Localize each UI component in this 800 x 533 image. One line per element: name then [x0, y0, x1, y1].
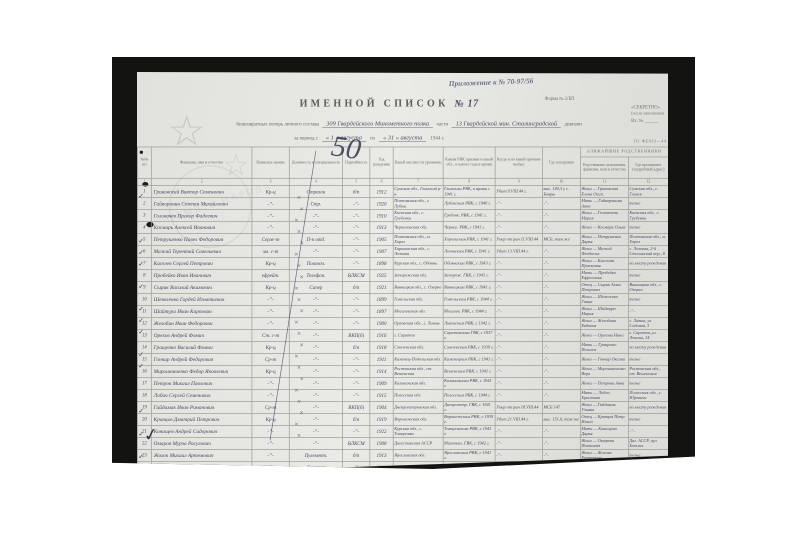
table-cell: тоже [628, 294, 668, 306]
table-cell: выс. 151,0, там же [542, 413, 580, 425]
table-cell: г. Саратов [393, 330, 443, 342]
table-cell: 22 [137, 437, 151, 449]
table-cell: -”- [495, 198, 542, 210]
table-cell: Мать — Лобач Христина [580, 389, 628, 401]
table-cell: Харьковская обл., с. Лозовая [393, 246, 443, 258]
table-cell: Обоянским РВК, с 1943 г. [443, 258, 495, 270]
table-cell [151, 473, 252, 483]
table-cell: Гомельским РВК, с 1944 г. [443, 294, 495, 306]
table-cell: Шевеленко Гордей Игнатьевич [151, 294, 252, 306]
table-cell: Дагестанская АССР [393, 437, 443, 449]
table-cell: Гомельская обл. [393, 294, 443, 306]
table-cell: тоже [628, 198, 668, 210]
table-cell [580, 473, 628, 483]
table-cell: -”- [343, 389, 370, 401]
table-cell: 1925 [370, 270, 393, 282]
table-cell: Днепропетр. ГВК, с 1941 г. [443, 401, 495, 413]
table-cell: МСБ, там же [542, 234, 580, 246]
table-cell: Умер от ран 18.VIII.44 [495, 401, 542, 413]
table-cell: Вешенским РВК, с 1941 г. [443, 366, 495, 378]
table-cell: -”- [628, 306, 668, 318]
table-row: 17Петров Михаил Павлович-”--”--”-1909Кал… [137, 377, 668, 389]
table-cell: 1900 [370, 318, 393, 330]
table-row: 13Орехов Андрей ФомичСт. с-т-”-ВКП(б)191… [137, 330, 668, 342]
table-cell: Калининская обл. [393, 377, 443, 389]
table-cell: -”- [343, 294, 370, 306]
table-cell: -”- [289, 294, 342, 306]
scanned-archive-page: ☆ ☆ ПАМЯТЬ НАРОДА Приложение к № 70-97/5… [0, 0, 800, 533]
table-cell: Воронежским РВК, с 1939 г. [443, 413, 495, 425]
table-cell: Жена — Головачева Мария [580, 210, 628, 222]
table-cell: Махачкал. ГВК, с 1942 г. [443, 437, 495, 449]
table-cell: Курская обл., с. Томаровка [393, 425, 443, 437]
table-cell [443, 473, 495, 483]
document-content: ☆ ☆ ПАМЯТЬ НАРОДА Приложение к № 70-97/5… [137, 72, 668, 476]
table-cell: б/п [343, 413, 370, 425]
column-number: 12 [628, 178, 668, 185]
table-cell: Мать — Конищева Дарья [580, 425, 628, 437]
empty-row [137, 473, 668, 483]
table-cell [289, 473, 342, 483]
table-cell: Черниг. РВК, с 1941 г. [443, 222, 495, 234]
table-cell: тоже [628, 449, 668, 461]
table-cell: 1908 [370, 437, 393, 449]
table-cell: -”- [343, 246, 370, 258]
table-cell: -”- [289, 354, 342, 366]
table-cell: 1914 [370, 366, 393, 378]
table-cell: -”- [289, 210, 342, 222]
table-cell: -”- [495, 461, 542, 473]
subtitle-typed: дивизии [564, 121, 582, 127]
table-cell: Жена — Шевеленко Ганна [580, 294, 628, 306]
table-cell: 1897 [370, 306, 393, 318]
table-cell: -”- [495, 342, 542, 354]
table-cell: 2 [137, 198, 151, 210]
table-cell: -”- [343, 198, 370, 210]
table-cell: 6 [137, 246, 151, 258]
table-cell: -”- [495, 222, 542, 234]
table-cell: -”- [495, 210, 542, 222]
table-cell: 1919 [370, 413, 393, 425]
table-cell: Тамбовским РВК, с 1941 г. [443, 461, 495, 473]
table-cell: 1907 [370, 246, 393, 258]
table-cell: ВЛКСМ [343, 270, 370, 282]
column-header: Партийность [343, 147, 370, 178]
table-cell: -”- [289, 389, 342, 401]
table-cell: -”- [289, 401, 342, 413]
table-cell: Стр. [289, 198, 342, 210]
table-cell: Гончар Андрей Федорович [151, 354, 252, 366]
table-cell: Ливенским РВК, с 1942 г. [443, 318, 495, 330]
table-cell: -”- [343, 377, 370, 389]
page-title-number: № 17 [455, 99, 479, 110]
table-cell: Тамбовская обл. [393, 461, 443, 473]
table-cell: тоже [628, 354, 668, 366]
table-cell: 1913 [370, 449, 393, 461]
table-cell: Ростовская обл., ст. Вешенская [393, 366, 443, 378]
table-cell: -”- [542, 425, 580, 437]
table-cell: Запорож. ГВК, с 1943 г. [443, 270, 495, 282]
table-cell: Саратовским ГВК, с 1937 г. [443, 330, 495, 342]
table-cell: Кр-ц [252, 258, 289, 270]
table-cell: 1911 [370, 354, 393, 366]
table-cell: -”- [542, 306, 580, 318]
table-cell [137, 473, 151, 483]
table-cell: Отец — Сырик Аким Петрович [580, 282, 628, 294]
table-cell [252, 473, 289, 483]
document-paper: ☆ ☆ ПАМЯТЬ НАРОДА Приложение к № 70-97/5… [137, 72, 668, 476]
table-cell: ВКП(б) [343, 401, 370, 413]
table-cell: Жена — Жабина Матрена [580, 461, 628, 473]
column-number: 9 [495, 178, 542, 185]
table-cell: Каменец-Подольская обл. [393, 354, 443, 366]
table-cell: Умер от ран 11.VIII.44 [495, 234, 542, 246]
table-cell: Жохов Михаил Артемович [151, 449, 252, 461]
table-cell: по месту рождения [628, 401, 668, 413]
table-cell: -”- [542, 318, 580, 330]
table-cell: 1909 [370, 377, 393, 389]
table-cell: Гриковский Виктор Семенович [151, 186, 252, 198]
table-cell: -”- [542, 222, 580, 234]
table-cell: -”- [289, 366, 342, 378]
table-cell: -”- [343, 318, 370, 330]
table-cell: -”- [495, 306, 542, 318]
table-cell: Сумская обл., с. Глинск [628, 186, 668, 198]
table-cell: -”- [542, 437, 580, 449]
table-cell: тоже [628, 413, 668, 425]
table-cell: Жена — Космарь Ольга [580, 222, 628, 234]
unit-name-handwritten: 309 Гвардейского Минометного полка [322, 121, 433, 128]
table-cell: г. Саратов, ул. Ленина, 14 [628, 330, 668, 342]
table-cell: 3 [137, 210, 151, 222]
table-cell: -”- [289, 413, 342, 425]
table-cell: П-к отд. [289, 234, 342, 246]
table-cell [343, 473, 370, 483]
table-cell: -”- [542, 449, 580, 461]
division-name-handwritten: 13 Гвардейской мин. Сталинградской [452, 121, 561, 128]
table-cell: Полесским РВК, с 1944 г. [443, 389, 495, 401]
table-cell: 1915 [370, 389, 393, 401]
table-cell [495, 473, 542, 483]
table-cell: -”- [252, 425, 289, 437]
table-row: 9Сырик Василий АкимовичКр-цСаперб/п1921В… [137, 282, 668, 294]
table-cell: Лубенским РВК, с 1940 г. [443, 198, 495, 210]
table-cell: Кр-ц [252, 282, 289, 294]
table-cell: 1912 [370, 186, 393, 198]
table-cell: Ярославским РВК, с 1941 г. [443, 449, 495, 461]
table-cell: Жена — Желобина Евдокия [580, 318, 628, 330]
table-cell: -”- [495, 366, 542, 378]
table-cell: Киевская обл., с. Гребенки [628, 210, 668, 222]
table-cell: -”- [343, 222, 370, 234]
table-row: 24Жабин Алексей Данилович-”-Стрелок-”-19… [137, 461, 668, 473]
table-cell: -”- [542, 210, 580, 222]
table-cell: 13 [137, 330, 151, 342]
table-cell: 1910 [370, 210, 393, 222]
table-row: 8Пробейко Иван Ивановичефрейт.Телефон.ВЛ… [137, 270, 668, 282]
table-cell: Убит 13.VIII.44 г. [495, 246, 542, 258]
table-cell: Пробейко Иван Иванович [151, 270, 252, 282]
table-cell: Гращенко Василий Фомич [151, 342, 252, 354]
table-cell: -”- [495, 425, 542, 437]
table-cell: -”- [252, 449, 289, 461]
table-cell: Телефон. [289, 270, 342, 282]
table-cell: -”- [289, 377, 342, 389]
table-cell: -”- [252, 294, 289, 306]
column-header: Должность и специальность [289, 147, 342, 178]
table-cell: Орловская обл., г. Ливны [393, 318, 443, 330]
table-cell: -”- [542, 366, 580, 378]
table-cell: Жена — Мажай Феодосия [580, 246, 628, 258]
table-cell: Мать — Пробейко Ефросинья [580, 270, 628, 282]
table-cell: Жена — Петрушенко Дарья [580, 234, 628, 246]
table-cell: -”- [289, 246, 342, 258]
table-cell: -”- [542, 377, 580, 389]
column-number: 3 [252, 178, 289, 185]
table-cell: -”- [495, 437, 542, 449]
table-cell: -”- [542, 198, 580, 210]
table-cell: тоже [628, 222, 668, 234]
table-cell: Омаров Мурза Расулович [151, 437, 252, 449]
table-cell: Сумская обл., Глинский р-н [393, 186, 443, 198]
table-cell: по месту рождения [628, 461, 668, 473]
table-cell: 19 [137, 401, 151, 413]
table-cell: Полтавская обл., м. Хорол [628, 234, 668, 246]
table-cell [628, 473, 668, 483]
subtitle-typed: безвозвратных потерь личного состава [236, 121, 319, 127]
period-to-handwritten: « 31 » августа [379, 135, 426, 142]
table-cell: Полесская обл., с. Юровичи [628, 389, 668, 401]
column-number: 10 [542, 178, 580, 185]
table-cell: Мирошниченко Федор Яковлевич [151, 366, 252, 378]
table-cell: ВКП(б) [343, 330, 370, 342]
table-cell: -”- [542, 294, 580, 306]
table-cell: -”- [343, 234, 370, 246]
table-cell: -”- [542, 461, 580, 473]
table-cell: Ярославская обл. [393, 449, 443, 461]
column-header: Год рождения [370, 147, 393, 178]
table-cell: -”- [495, 449, 542, 461]
table-cell: Сырик Василий Акимович [151, 282, 252, 294]
table-cell: 4 [137, 222, 151, 234]
table-cell: Космарь Алексей Иванович [151, 222, 252, 234]
table-cell: Конищев Андрей Сидорович [151, 425, 252, 437]
table-cell: 1918 [370, 342, 393, 354]
table-cell: б/п [343, 342, 370, 354]
table-row: 2Гайворонин Степан Михайлович-”-Стр.-”-1… [137, 198, 668, 210]
table-cell: 21 [137, 425, 151, 437]
table-cell: Орехов Андрей Фомич [151, 330, 252, 342]
table-cell: -”- [343, 354, 370, 366]
table-row: 21Конищев Андрей Сидорович-”--”--”-1922К… [137, 425, 668, 437]
table-cell: выс. 144,3 у с. Бояры [542, 186, 580, 198]
table-cell: Жена — Гайдамак Ульяна [580, 401, 628, 413]
table-cell: Киселев Сергей Петрович [151, 258, 252, 270]
table-cell: Ст. с-т [252, 330, 289, 342]
table-cell: -”- [252, 389, 289, 401]
subtitle-typed: части [436, 121, 448, 127]
table-cell: -”- [252, 318, 289, 330]
table-cell: -”- [542, 330, 580, 342]
table-cell: Днепропетровская обл. [393, 401, 443, 413]
table-cell [393, 473, 443, 483]
table-cell: 12 [137, 318, 151, 330]
table-cell: -”- [542, 258, 580, 270]
table-row: 6Мажай Терентий Савельевичмл. с-т-”--”-1… [137, 246, 668, 258]
table-cell: Мажай Терентий Савельевич [151, 246, 252, 258]
table-cell: Убит 9.VIII.44 г. [495, 186, 542, 198]
table-cell: Киевская обл., с. Гребенки [393, 210, 443, 222]
table-cell: 9 [137, 282, 151, 294]
table-cell: ВЛКСМ [343, 437, 370, 449]
table-cell: Петров Михаил Павлович [151, 377, 252, 389]
table-cell: Воронежская обл. [393, 413, 443, 425]
table-cell: -”- [343, 306, 370, 318]
after-fill-label: (после заполнения) [631, 111, 664, 117]
table-cell: -”- [495, 318, 542, 330]
table-cell: по месту рождения [628, 342, 668, 354]
table-cell: 1921 [370, 282, 393, 294]
table-cell: -”- [495, 258, 542, 270]
table-cell: Убит 21.VIII.44 г. [495, 413, 542, 425]
table-cell: Ср-т [252, 354, 289, 366]
table-cell: -”- [289, 330, 342, 342]
table-cell: по месту рождения [628, 258, 668, 270]
table-cell: -”- [252, 222, 289, 234]
table-cell: Мать — Гайворонина Анна [580, 198, 628, 210]
table-row: 16Мирошниченко Федор ЯковлевичКр-ц-”--”-… [137, 366, 668, 378]
table-cell: Жена — Петрова Анна [580, 377, 628, 389]
table-cell: Желобин Иван Федорович [151, 318, 252, 330]
table-cell: Винницкая обл., с. Озерно [393, 282, 443, 294]
table-cell: г. Ливны, ул. Садовая, 3 [628, 318, 668, 330]
table-cell: -”- [343, 461, 370, 473]
table-cell: Гребенк. РВК, с 1941 г. [443, 210, 495, 222]
table-cell: Ср-т [252, 401, 289, 413]
table-cell: ефрейт. [252, 270, 289, 282]
table-cell: МСБ 147 [542, 401, 580, 413]
table-cell: тоже [628, 377, 668, 389]
table-cell: Стрелок [289, 461, 342, 473]
table-cell: -”- [495, 294, 542, 306]
table-row: 11Шайтура Иван Карпович-”--”--”-1897Моги… [137, 306, 668, 318]
table-cell: Винницким РВК, с 1941 г. [443, 282, 495, 294]
column-header: Какой местности уроженец [393, 147, 443, 178]
table-cell: Жена — Гриковская Елена Осип. [580, 186, 628, 198]
table-cell: -”- [495, 282, 542, 294]
period-label: за период с [294, 135, 318, 141]
table-cell: Мать — Гращенко Пелагея [580, 342, 628, 354]
table-cell: Хорольским РВК, с 1941 г. [443, 234, 495, 246]
table-row: 15Гончар Андрей ФедоровичСр-т-”--”-1911К… [137, 354, 668, 366]
table-cell: Полтавская обл., м. Хорол [393, 234, 443, 246]
table-cell: 10 [137, 294, 151, 306]
table-cell: 1899 [370, 294, 393, 306]
table-row: 3Головачев Прохор Фадеевич-”--”--”-1910К… [137, 210, 668, 222]
table-cell: Жабин Алексей Данилович [151, 461, 252, 473]
table-cell: 20 [137, 413, 151, 425]
table-cell: Каменецким РВК, с 1941 г. [443, 354, 495, 366]
table-row: 1Гриковский Виктор СеменовичКр-цСтрелокб… [137, 186, 668, 198]
table-cell: 1916 [370, 461, 393, 473]
table-cell: Кравцов Дмитрий Петрович [151, 413, 252, 425]
table-cell: Кр-ц [252, 366, 289, 378]
table-cell: 1905 [370, 234, 393, 246]
table-cell: Жена — Орехова Нина [580, 330, 628, 342]
table-cell: Лозовским РВК, с 1941 г. [443, 246, 495, 258]
table-cell: 18 [137, 389, 151, 401]
table-cell: Жена — Мирошниченко Вера [580, 366, 628, 378]
table-row: 10Шевеленко Гордей Игнатьевич-”--”--”-18… [137, 294, 668, 306]
table-row: 18Лобач Сергей Семенович-”--”--”-1915Пол… [137, 389, 668, 401]
table-cell: -”- [495, 354, 542, 366]
table-row: 22Омаров Мурза Расулович-”--”-ВЛКСМ1908Д… [137, 437, 668, 449]
column-header: Фамилия, имя и отчество [151, 147, 252, 178]
table-cell: Сапер [289, 282, 342, 294]
table-header: №№ ппФамилия, имя и отчествоВоинское зва… [137, 147, 668, 186]
table-cell: Винницкая обл., с. Озерно [628, 282, 668, 294]
table-cell: -”- [628, 425, 668, 437]
period-to-label: по [370, 135, 375, 141]
subtitle-line-1: безвозвратных потерь личного состава 309… [157, 121, 661, 128]
table-cell: -”- [542, 342, 580, 354]
table-cell: Пулеметч. [289, 449, 342, 461]
table-row: 23Жохов Михаил Артемович-”-Пулеметч.б/п1… [137, 449, 668, 461]
column-number: 1 [137, 178, 151, 185]
casualty-list-table: №№ ппФамилия, имя и отчествоВоинское зва… [137, 147, 669, 484]
column-header: №№ пп [137, 147, 151, 178]
column-header: Где похоронен [542, 147, 580, 178]
table-cell: 1904 [370, 401, 393, 413]
table-cell: 1913 [370, 222, 393, 234]
table-row: 7Киселев Сергей ПетровичКр-цПовозоч.-”-1… [137, 258, 668, 270]
table-cell: -”- [252, 306, 289, 318]
column-number: 11 [580, 178, 628, 185]
table-cell: -”- [252, 461, 289, 473]
table-row: 4Космарь Алексей Иванович-”--”--”-1913Че… [137, 222, 668, 234]
photo-black-background: ☆ ☆ ПАМЯТЬ НАРОДА Приложение к № 70-97/5… [112, 57, 695, 469]
table-cell: Кр-ц [252, 186, 289, 198]
period-from-handwritten: « 1 » августа [322, 135, 366, 142]
table-cell: -”- [252, 210, 289, 222]
table-cell: Серж-т [252, 234, 289, 246]
table-cell: Томаровским РВК, с 1941 г. [443, 425, 495, 437]
table-cell: -”- [289, 342, 342, 354]
table-cell: -”- [289, 222, 342, 234]
table-cell: Ростовская обл., ст. Вешенская [628, 366, 668, 378]
table-cell [370, 473, 393, 483]
table-cell: Отец — Кравцов Петр Ильич [580, 413, 628, 425]
table-row: 12Желобин Иван Федорович-”--”--”-1900Орл… [137, 318, 668, 330]
table-cell: Могилев. РВК, с 1944 г. [443, 306, 495, 318]
column-header: Каким РВК призван и какой обл., и какого… [443, 147, 495, 178]
table-cell: Петрушенко Павел Федорович [151, 234, 252, 246]
column-number: 5 [343, 178, 370, 185]
table-cell: -”- [343, 425, 370, 437]
table-cell: -”- [343, 366, 370, 378]
table-cell: 11 [137, 306, 151, 318]
table-cell: Жена — Гончар Оксана [580, 354, 628, 366]
table-cell: -”- [542, 246, 580, 258]
column-header: Когда и по какой причине выбыл [495, 147, 542, 178]
table-cell: -”- [252, 437, 289, 449]
column-number: 2 [151, 178, 252, 185]
table-cell: Запорожская обл. [393, 270, 443, 282]
table-cell: 23 [137, 449, 151, 461]
column-number: 7 [393, 178, 443, 185]
page-title: ИМЕННОЙ СПИСОК № 17 [137, 99, 641, 110]
table-cell: Шайтура Иван Карпович [151, 306, 252, 318]
